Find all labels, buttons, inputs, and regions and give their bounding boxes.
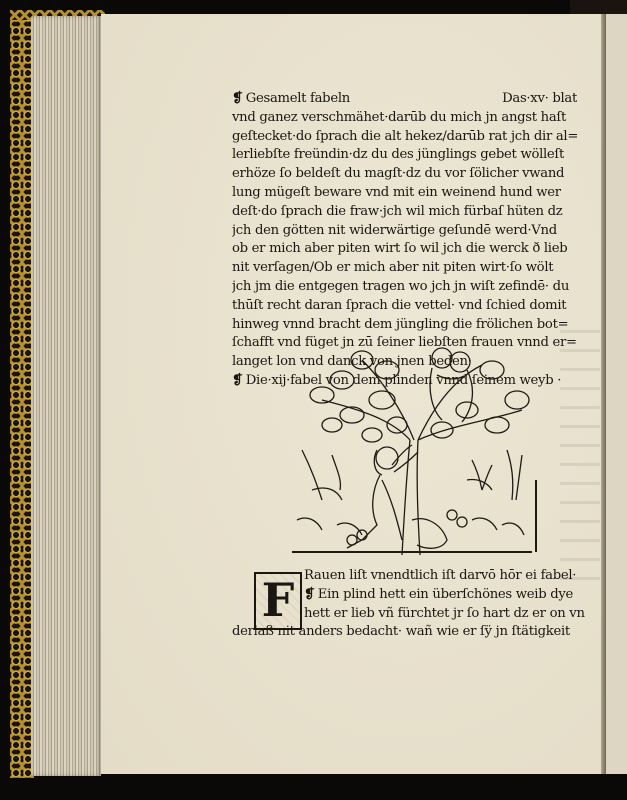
- text-line: thūſt recht daran ſprach die vettel· vnd…: [232, 297, 577, 316]
- pilcrow-icon: ❡: [304, 587, 315, 602]
- text-line: geſtecket·do ſprach die alt hekez/darūb …: [232, 128, 577, 147]
- pilcrow-icon: ❡: [232, 91, 243, 106]
- text-line-content: Ein plind hett ein überſchönes weib dye: [318, 587, 573, 602]
- text-line: ob er mich aber piten wirt ſo wil jch di…: [232, 240, 577, 259]
- text-line: jch den götten nit widerwärtige geſundē …: [232, 222, 577, 241]
- woodcut-illustration: [292, 340, 546, 558]
- text-line: lung mügeſt beware vnd mit ein weinend h…: [232, 184, 577, 203]
- pilcrow-icon: ❡: [232, 373, 243, 388]
- next-page-edge: [606, 14, 627, 774]
- background-object: [570, 0, 627, 14]
- text-line: vnd ganez verschmähet·darūb du mich jn a…: [232, 109, 577, 128]
- text-line: derlaß nit anders bedacht· wañ wie er ſÿ…: [232, 623, 582, 642]
- text-line: Rauen liſt vnendtlich iſt darvō hōr ei f…: [252, 567, 582, 586]
- lower-text-block: Rauen liſt vnendtlich iſt darvō hōr ei f…: [252, 567, 582, 642]
- running-head-text: Gesamelt fabeln: [246, 91, 350, 106]
- page-edges: [31, 16, 101, 776]
- running-header: ❡Gesamelt fabeln Das·xv· blat: [232, 90, 577, 109]
- folio-number: Das·xv· blat: [502, 90, 577, 109]
- text-line: deſt·do ſprach die fraw·jch wil mich für…: [232, 203, 577, 222]
- text-line: ❡Ein plind hett ein überſchönes weib dye: [252, 586, 582, 605]
- text-line: nit verſagen/Ob er mich aber nit piten w…: [232, 259, 577, 278]
- running-head: ❡Gesamelt fabeln: [232, 90, 350, 109]
- text-line: jch jm die entgegen tragen wo jch jn wiſ…: [232, 278, 577, 297]
- text-line: erhöze ſo beldeſt du magſt·dz du vor ſöl…: [232, 165, 577, 184]
- text-line: lerliebſte freündin·dz du des jünglings …: [232, 146, 577, 165]
- text-line: hett er lieb vñ fürchtet jr ſo hart dz e…: [252, 605, 582, 624]
- text-line: hinweg vnnd bracht dem jüngling die fröl…: [232, 316, 577, 335]
